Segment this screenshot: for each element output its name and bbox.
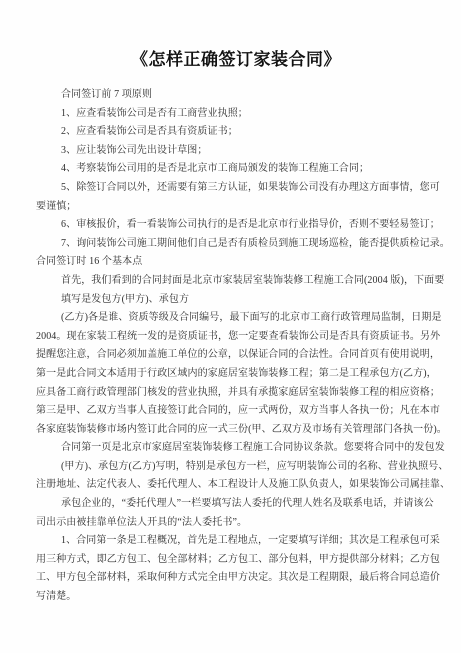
text-line: 2004。现在家装工程统一发的是资质证书，您一定要查看装饰公司是否具有资质证书。…: [36, 328, 436, 347]
text-line: 1、合同第一条是工程概况，首先是工程地点，一定要填写详细；其次是工程承包可采: [36, 532, 436, 551]
text-line: 7、询问装饰公司施工期间他们自己是否有质检员到施工现场巡检，能否提供质检记录。: [36, 235, 436, 254]
text-line: (乙方)各是谁、资质等级及合同编号，最下面写的北京市工商行政管理局监制，日期是: [36, 309, 436, 328]
text-line: 注册地址、法定代表人、委托代理人、本工程设计人及施工队负责人，如果装饰公司属挂靠…: [36, 476, 436, 495]
text-line: 第三是甲、乙双方当事人直接签订此合同的，应一式两份，双方当事人各执一份；凡在本市: [36, 402, 436, 421]
text-line: 首先，我们看到的合同封面是北京市家装居室装饰装修工程施工合同(2004 版)，下…: [36, 272, 436, 291]
text-line: 合同签订时 16 个基本点: [36, 253, 436, 272]
text-line: 应具备工商行政管理部门核发的营业执照，并具有承揽家庭居室装饰装修工程的相应资格；: [36, 384, 436, 403]
text-line: 第一是此合同文本适用于行政区域内的家庭居室装饰装修工程；第二是工程承包方(乙方)…: [36, 365, 436, 384]
text-line: 2、应查看装饰公司是否具有资质证书；: [36, 123, 436, 142]
text-line: 4、考察装饰公司用的是否是北京市工商局颁发的装饰工程施工合同；: [36, 160, 436, 179]
document-body: 合同签订前 7 项原则1、应查看装饰公司是否有工商营业执照；2、应查看装饰公司是…: [36, 86, 436, 607]
document-page: 《怎样正确签订家装合同》 合同签订前 7 项原则1、应查看装饰公司是否有工商营业…: [0, 0, 461, 653]
text-line: 5、除签订合同以外，还需要有第三方认证，如果装饰公司没有办理这方面事情，您可: [36, 179, 436, 198]
text-line: 合同签订前 7 项原则: [36, 86, 436, 105]
text-line: 提醒您注意，合同必须加盖施工单位的公章，以保证合同的合法性。合同首页有使用说明，: [36, 346, 436, 365]
text-line: 3、应让装饰公司先出设计草图；: [36, 142, 436, 161]
text-line: 司出示由被挂靠单位法人开具的“法人委托书”。: [36, 514, 436, 533]
text-line: 要谨慎；: [36, 198, 436, 217]
text-line: 填写是发包方(甲方)、承包方: [36, 291, 436, 310]
text-line: 用三种方式，即乙方包工、包全部材料；乙方包工、部分包料，甲方提供部分材料；乙方包: [36, 551, 436, 570]
text-line: 1、应查看装饰公司是否有工商营业执照；: [36, 105, 436, 124]
text-line: 承包企业的，“委托代理人”一栏要填写法人委托的代理人姓名及联系电话，并请该公: [36, 495, 436, 514]
text-line: 6、审核报价，看一看装饰公司执行的是否是北京市行业指导价，否则不要轻易签订；: [36, 216, 436, 235]
text-line: (甲方)、承包方(乙方)写明，特别是承包方一栏，应写明装饰公司的名称、营业执照号…: [36, 458, 436, 477]
text-line: 合同第一页是北京市家庭居室装饰装修工程施工合同协议条款。您要将合同中的发包发: [36, 439, 436, 458]
text-line: 写清楚。: [36, 588, 436, 607]
text-line: 各家庭装饰装修市场内签订此合同的应一式三份(甲、乙双方及市场有关管理部门各执一份…: [36, 421, 436, 440]
page-title: 《怎样正确签订家装合同》: [36, 48, 436, 72]
text-line: 工、甲方包全部材料，采取何种方式完全由甲方决定。其次是工程期限，最后将合同总造价: [36, 569, 436, 588]
